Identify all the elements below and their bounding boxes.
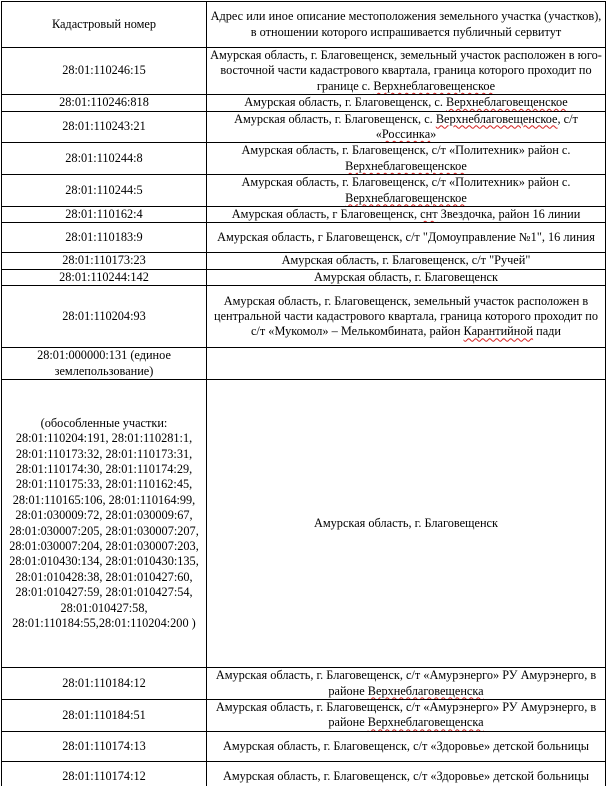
address-text: Амурская область, г. Благовещенск, с/т «…: [242, 175, 571, 189]
servitude-table: Кадастровый номер Адрес или иное описани…: [1, 1, 606, 786]
table-row: 28:01:000000:131 (единое землепользовани…: [2, 348, 606, 380]
address-cell: Амурская область, г. Благовещенск, с/т «…: [207, 668, 606, 700]
address-cell: Амурская область, г Благовещенск, снт Зв…: [207, 207, 606, 223]
header-address-description: Адрес или иное описание местоположения з…: [207, 2, 606, 48]
table-row: 28:01:110162:4Амурская область, г Благов…: [2, 207, 606, 223]
spellcheck-flagged-word: Верхнеблаговещенское: [345, 159, 467, 173]
spellcheck-flagged-word: Верхнеблаговещенское: [373, 79, 495, 93]
address-cell: Амурская область, г. Благовещенск, с/т «…: [207, 699, 606, 731]
address-text: Амурская область, г. Благовещенск, с/т «…: [223, 769, 589, 783]
address-cell: [207, 348, 606, 380]
address-text: Амурская область, г. Благовещенск, с.: [244, 95, 446, 109]
spellcheck-flagged-word: снт: [420, 207, 437, 221]
spellcheck-flagged-word: Карантийной: [464, 324, 534, 338]
cadastral-number-cell: 28:01:110204:93: [2, 286, 207, 348]
table-row: 28:01:110244:142Амурская область, г. Бла…: [2, 269, 606, 285]
spellcheck-flagged-word: Верхнеблаговещенское: [446, 95, 568, 109]
table-row: 28:01:110246:15Амурская область, г. Благ…: [2, 48, 606, 95]
table-row: 28:01:110183:9Амурская область, г Благов…: [2, 223, 606, 253]
address-text: Амурская область, г. Благовещенск, с.: [234, 112, 436, 126]
table-row: 28:01:110244:8Амурская область, г. Благо…: [2, 143, 606, 175]
table-row: 28:01:110174:12Амурская область, г. Благ…: [2, 761, 606, 786]
address-cell: Амурская область, г. Благовещенск, с/т «…: [207, 761, 606, 786]
cadastral-number-cell: 28:01:110246:15: [2, 48, 207, 95]
address-text: Амурская область, г. Благовещенск, с/т "…: [282, 253, 531, 267]
table-row: (обособленные участки: 28:01:110204:191,…: [2, 380, 606, 668]
cadastral-number-cell: 28:01:110174:13: [2, 731, 207, 761]
cadastral-number-cell: 28:01:110244:142: [2, 269, 207, 285]
cadastral-number-cell: 28:01:110162:4: [2, 207, 207, 223]
cadastral-number-cell: 28:01:110173:23: [2, 253, 207, 269]
cadastral-number-cell: 28:01:110244:8: [2, 143, 207, 175]
address-cell: Амурская область, г. Благовещенск, земел…: [207, 48, 606, 95]
address-cell: Амурская область, г. Благовещенск: [207, 269, 606, 285]
header-cadastral-number: Кадастровый номер: [2, 2, 207, 48]
address-cell: Амурская область, г Благовещенск, с/т "Д…: [207, 223, 606, 253]
address-cell: Амурская область, г. Благовещенск, земел…: [207, 286, 606, 348]
table-row: 28:01:110246:818Амурская область, г. Бла…: [2, 95, 606, 111]
cadastral-number-cell: 28:01:110174:12: [2, 761, 207, 786]
cadastral-number-cell: 28:01:110246:818: [2, 95, 207, 111]
table-row: 28:01:110244:5Амурская область, г. Благо…: [2, 175, 606, 207]
header-row: Кадастровый номер Адрес или иное описани…: [2, 2, 606, 48]
cadastral-number-cell: (обособленные участки: 28:01:110204:191,…: [2, 380, 207, 668]
address-text: Амурская область, г. Благовещенск, с/т «…: [223, 739, 589, 753]
spellcheck-flagged-word: Верхнеблаговещенское: [436, 112, 558, 126]
cadastral-number-cell: 28:01:000000:131 (единое землепользовани…: [2, 348, 207, 380]
table-row: 28:01:110184:12Амурская область, г. Благ…: [2, 668, 606, 700]
table-row: 28:01:110184:51Амурская область, г. Благ…: [2, 699, 606, 731]
address-text: Звездочка, район 16 линии: [438, 207, 581, 221]
spellcheck-flagged-word: Верхнеблаговещенска: [368, 715, 484, 729]
cadastral-number-cell: 28:01:110184:51: [2, 699, 207, 731]
address-text: пади: [533, 324, 561, 338]
table-row: 28:01:110243:21Амурская область, г. Благ…: [2, 111, 606, 143]
cadastral-number-cell: 28:01:110244:5: [2, 175, 207, 207]
cadastral-number-cell: 28:01:110183:9: [2, 223, 207, 253]
spellcheck-flagged-word: Верхнеблаговещенское: [345, 191, 467, 205]
cadastral-number-cell: 28:01:110184:12: [2, 668, 207, 700]
table-row: 28:01:110204:93Амурская область, г. Благ…: [2, 286, 606, 348]
cadastral-number-cell: 28:01:110243:21: [2, 111, 207, 143]
address-text: »: [430, 127, 436, 141]
address-text: Амурская область, г. Благовещенск: [314, 270, 498, 284]
address-cell: Амурская область, г. Благовещенск: [207, 380, 606, 668]
table-row: 28:01:110174:13Амурская область, г. Благ…: [2, 731, 606, 761]
address-cell: Амурская область, г. Благовещенск, с/т «…: [207, 731, 606, 761]
address-cell: Амурская область, г. Благовещенск, с/т "…: [207, 253, 606, 269]
table-row: 28:01:110173:23Амурская область, г. Благ…: [2, 253, 606, 269]
address-cell: Амурская область, г. Благовещенск, с. Ве…: [207, 111, 606, 143]
address-cell: Амурская область, г. Благовещенск, с/т «…: [207, 175, 606, 207]
address-cell: Амурская область, г. Благовещенск, с. Ве…: [207, 95, 606, 111]
address-text: Амурская область, г Благовещенск,: [232, 207, 420, 221]
address-text: Амурская область, г. Благовещенск, с/т «…: [242, 143, 571, 157]
spellcheck-flagged-word: Россинка: [382, 127, 430, 141]
spellcheck-flagged-word: Верхнеблаговещенска: [368, 684, 484, 698]
address-cell: Амурская область, г. Благовещенск, с/т «…: [207, 143, 606, 175]
address-text: Амурская область, г. Благовещенск: [314, 516, 498, 530]
address-text: Амурская область, г Благовещенск, с/т "Д…: [217, 230, 595, 244]
